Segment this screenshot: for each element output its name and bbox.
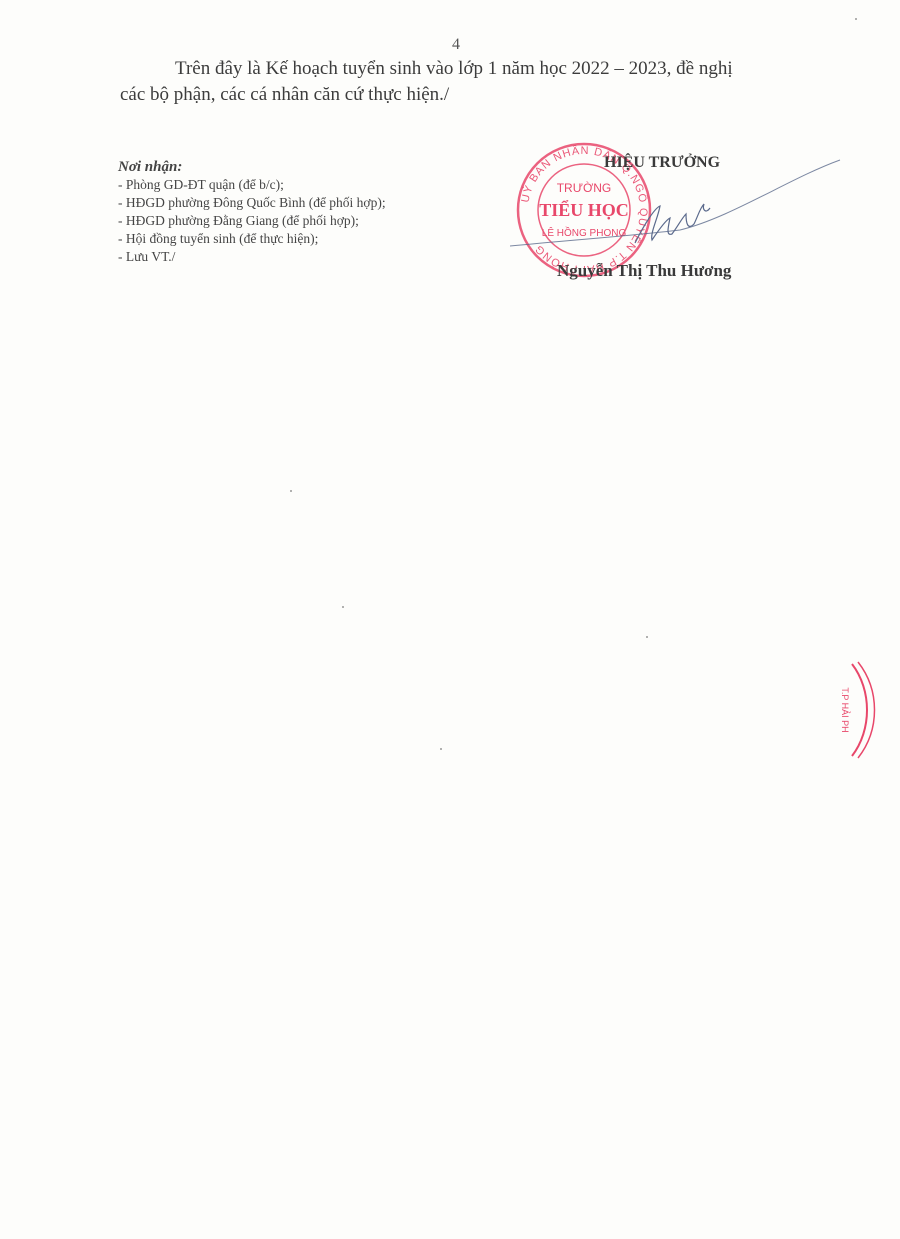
- recipient-item: - Phòng GD-ĐT quận (để b/c);: [118, 176, 386, 194]
- signature-block: UỶ BAN NHÂN DÂN Q.NGÔ QUYỀN T.P HẢI PHÒN…: [510, 148, 850, 298]
- scan-speck: [855, 18, 857, 20]
- recipient-item: - Lưu VT./: [118, 248, 386, 266]
- signer-name: Nguyễn Thị Thu Hương: [557, 261, 731, 281]
- recipient-item: - Hội đồng tuyển sinh (để thực hiện);: [118, 230, 386, 248]
- closing-line-1: Trên đây là Kế hoạch tuyển sinh vào lớp …: [175, 58, 733, 79]
- closing-paragraph: Trên đây là Kế hoạch tuyển sinh vào lớp …: [120, 56, 820, 108]
- closing-line-2: các bộ phận, các cá nhân căn cứ thực hiệ…: [120, 84, 449, 105]
- recipients-block: Nơi nhận: - Phòng GD-ĐT quận (để b/c); -…: [118, 158, 386, 266]
- recipient-item: - HĐGD phường Đông Quốc Bình (để phối hợ…: [118, 194, 386, 212]
- svg-text:T.P HẢI PH: T.P HẢI PH: [840, 687, 851, 732]
- scan-speck: [646, 636, 648, 638]
- page-number: 4: [452, 36, 460, 54]
- scan-speck: [342, 606, 344, 608]
- edge-stamp-fragment-icon: T.P HẢI PH: [832, 660, 882, 760]
- recipients-title: Nơi nhận:: [118, 158, 386, 176]
- scan-speck: [440, 748, 442, 750]
- recipient-item: - HĐGD phường Đằng Giang (để phối hợp);: [118, 212, 386, 230]
- scan-speck: [290, 490, 292, 492]
